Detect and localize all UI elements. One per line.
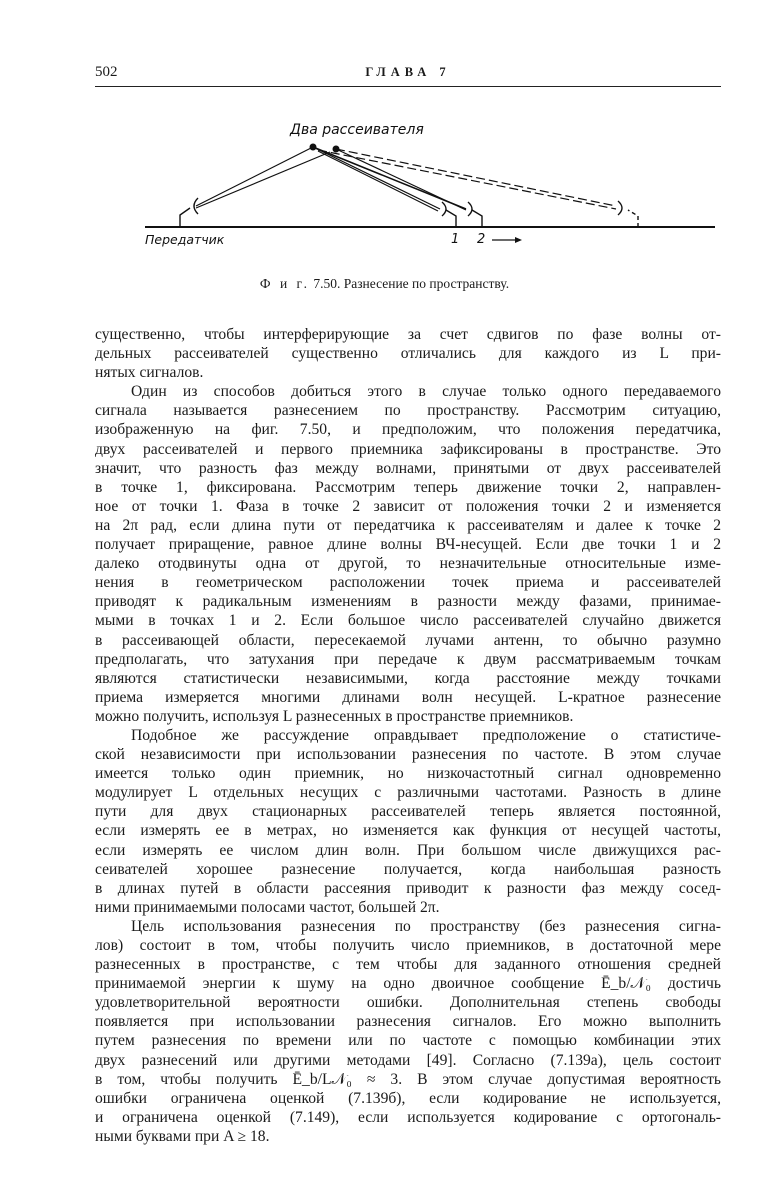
text-line: далеко отодвинуты одна от другой, то нез… <box>95 554 721 573</box>
text-line: в длинах путей в области рассеяния приво… <box>95 879 721 898</box>
transmitter-label: Передатчик <box>145 232 224 247</box>
text-line: разнесенных в пространстве, с тем чтобы … <box>95 955 721 974</box>
text-line: дельных рассеивателей существенно отлича… <box>95 344 721 363</box>
text-line: лов) состоит в том, чтобы получить число… <box>95 936 721 955</box>
text-line: приводят к радикальным изменениям в разн… <box>95 592 721 611</box>
text-line: получает приращение, равное длине волны … <box>95 535 721 554</box>
text-line: в том, чтобы получить Ē_b/L𝒩₀ ≈ 3. В это… <box>95 1070 721 1089</box>
figure-caption: Ф и г. 7.50. Разнесение по пространству. <box>0 276 769 292</box>
text-line: если измерять ее числом длин волн. При б… <box>95 841 721 860</box>
text-line: принимаемой энергии к шуму на одно двоич… <box>95 974 721 993</box>
text-line: изображенную на фиг. 7.50, и предположим… <box>95 420 721 439</box>
caption-number: 7.50. <box>313 276 340 291</box>
text-line: мыми в точках 1 и 2. Если большое число … <box>95 611 721 630</box>
text-line: ской независимости при использовании раз… <box>95 745 721 764</box>
text-line: в рассеивающей области, пересекаемой луч… <box>95 631 721 650</box>
text-line: предполагать, что затухания при передаче… <box>95 650 721 669</box>
text-line: являются статистически независимыми, ког… <box>95 669 721 688</box>
text-line: в точке 1, фиксирована. Рассмотрим тепер… <box>95 478 721 497</box>
text-line: Подобное же рассуждение оправдывает пред… <box>95 726 721 745</box>
text-line: ошибки ограничена оценкой (7.139б), если… <box>95 1089 721 1108</box>
text-line: Один из способов добиться этого в случае… <box>95 382 721 401</box>
text-line: можно получить, используя L разнесенных … <box>95 707 721 726</box>
text-line: удовлетворительной вероятности ошибки. Д… <box>95 993 721 1012</box>
figure-7-50: Два рассеивателя Передатчик 1 2 <box>140 110 720 255</box>
space-diversity-diagram <box>140 110 720 255</box>
text-line: значит, что разность фаз между волнами, … <box>95 459 721 478</box>
text-line: модулирует L отдельных несущих с различн… <box>95 783 721 802</box>
text-line: путем разнесения по времени или по часто… <box>95 1031 721 1050</box>
text-line: если измерять ее в метрах, но изменяется… <box>95 821 721 840</box>
text-line: приема измеряется многими длинами волн н… <box>95 688 721 707</box>
text-line: сигнала называется разнесением по простр… <box>95 401 721 420</box>
text-line: Цель использования разнесения по простра… <box>95 917 721 936</box>
text-line: сеивателей хорошее разнесение получается… <box>95 860 721 879</box>
scatterers-label: Два рассеивателя <box>290 122 424 138</box>
text-line: ными буквами при A ≥ 18. <box>95 1127 721 1146</box>
text-line: имеется только один приемник, но низкоча… <box>95 764 721 783</box>
text-line: существенно, чтобы интерферирующие за сч… <box>95 325 721 344</box>
text-line: нятых сигналов. <box>95 363 721 382</box>
point-1-label: 1 <box>451 232 459 247</box>
text-line: двух рассеивателей и первого приемника з… <box>95 440 721 459</box>
text-line: и ограничена оценкой (7.149), если испол… <box>95 1108 721 1127</box>
caption-text: Разнесение по пространству. <box>344 276 509 291</box>
text-line: двух разнесений или другими методами [49… <box>95 1051 721 1070</box>
point-2-label: 2 <box>477 232 485 247</box>
text-line: ное от точки 1. Фаза в точке 2 зависит о… <box>95 497 721 516</box>
text-line: нения в геометрическом расположении точе… <box>95 573 721 592</box>
body-text: существенно, чтобы интерферирующие за сч… <box>95 325 721 1146</box>
page-header: 502 ГЛАВА 7 <box>95 62 721 87</box>
text-line: появляется при использовании разнесения … <box>95 1012 721 1031</box>
running-head: ГЛАВА 7 <box>95 65 721 80</box>
caption-prefix: Ф и г. <box>260 276 310 291</box>
text-line: ними принимаемыми полосами частот, больш… <box>95 898 721 917</box>
text-line: на 2π рад, если длина пути от передатчик… <box>95 516 721 535</box>
text-line: пути для двух стационарных рассеивателей… <box>95 802 721 821</box>
